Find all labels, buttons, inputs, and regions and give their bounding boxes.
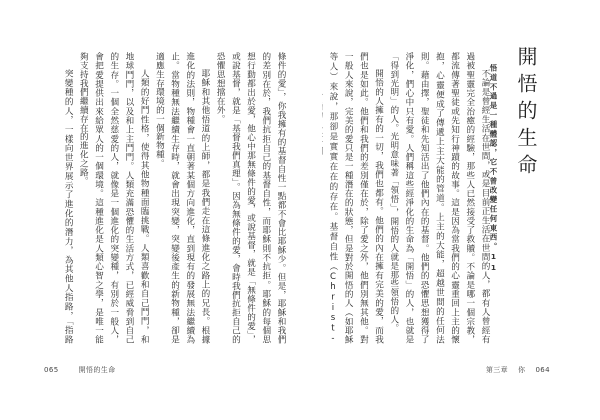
book-spread: 條件的愛」，你我擁有的基督自性一點都不會比耶穌少。但是，耶穌和我們的差別在於，我… (0, 0, 600, 420)
left-page-footer: 065開悟的生命 (44, 365, 116, 375)
paragraph: 不論是曾經生活在世間，或是目前正生活在世間的人，都有人曾經有過被聖靈完全治癒的經… (386, 52, 492, 344)
paragraph: 突變種的人，一樣向世界展示了進化的潛力，為其他人指路，「指路人」（wayshow… (62, 52, 75, 344)
left-page: 條件的愛」，你我擁有的基督自性一點都不會比耶穌少。但是，耶穌和我們的差別在於，我… (0, 0, 300, 420)
right-page-body: 不論是曾經生活在世間，或是目前正生活在世間的人，都有人曾經有過被聖靈完全治癒的經… (322, 52, 492, 344)
paragraph: 條件的愛」，你我擁有的基督自性一點都不會比耶穌少。但是，耶穌和我們的差別在於，我… (212, 52, 288, 344)
paragraph: 耶穌和其他悟道的上師，都是我們走在這條進化之路上的兄長。根據進化的法則，物種會一… (151, 52, 212, 344)
chapter-name: 你 (518, 366, 525, 374)
paragraph: 開悟的人擁有的一切，我們也都有。他們的內在擁有完美的愛，而我們也是如此。他們和我… (322, 52, 386, 344)
chapter-label: 第三章 (486, 366, 508, 374)
left-page-body: 條件的愛」，你我擁有的基督自性一點都不會比耶穌少。但是，耶穌和我們的差別在於，我… (62, 52, 288, 344)
chapter-title: 開悟的生命 (512, 46, 541, 181)
page-number: 065 (44, 366, 59, 374)
running-head: 開悟的生命 (79, 366, 116, 374)
page-number: 064 (535, 366, 550, 374)
right-page-footer: 第三章你064 (486, 365, 550, 375)
right-page: 開悟的生命 悟道不過是一種體認，它不曾改變任何東西。11 不論是曾經生活在世間，… (300, 0, 600, 420)
paragraph: 人類的好鬥性格，使得其他物種面臨挑戰。人類喜歡和自己鬥門，和地球鬥門，以及和上主… (75, 52, 151, 344)
